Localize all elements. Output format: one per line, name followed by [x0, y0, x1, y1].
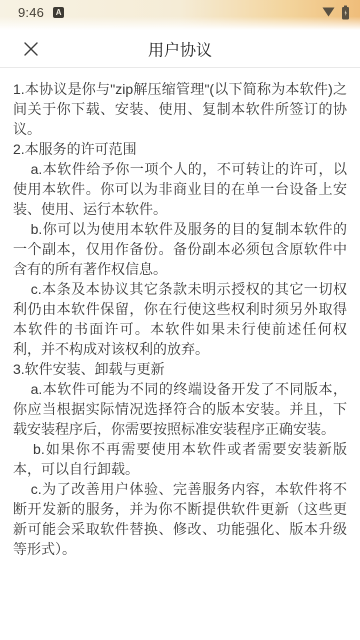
status-bar: 9:46 A [0, 0, 360, 30]
close-button[interactable] [19, 37, 43, 61]
status-time: 9:46 [18, 5, 44, 20]
agreement-paragraph: 3.软件安装、卸载与更新 [13, 359, 347, 379]
agreement-scroll-area[interactable]: 1.本协议是你与"zip解压缩管理"(以下简称为本软件)之间关于你下载、安装、使… [0, 68, 360, 640]
agreement-paragraph: c.本条及本协议其它条款未明示授权的其它一切权利仍由本软件保留，你在行使这些权利… [13, 279, 347, 359]
header: 用户协议 [0, 30, 360, 67]
wifi-icon [322, 7, 335, 17]
agreement-paragraph: c.为了改善用户体验、完善服务内容，本软件将不断开发新的服务，并为你不断提供软件… [13, 479, 347, 559]
close-icon [24, 42, 38, 56]
agreement-paragraph: a.本软件可能为不同的终端设备开发了不同版本，你应当根据实际情况选择符合的版本安… [13, 379, 347, 439]
agreement-paragraph: a.本软件给予你一项个人的，不可转让的许可，以使用本软件。你可以为非商业目的在单… [13, 159, 347, 219]
user-agreement-screen: 9:46 A 用户协议 1.本协议是你与"zip解压缩管理"(以下简称为本软件)… [0, 0, 360, 640]
agreement-paragraph: b.如果你不再需要使用本软件或者需要安装新版本，可以自行卸载。 [13, 439, 347, 479]
app-notification-badge: A [53, 7, 64, 18]
agreement-paragraph: b.你可以为使用本软件及服务的目的复制本软件的一个副本，仅用作备份。备份副本必须… [13, 219, 347, 279]
agreement-paragraph: 1.本协议是你与"zip解压缩管理"(以下简称为本软件)之间关于你下载、安装、使… [13, 79, 347, 139]
agreement-paragraph: 2.本服务的许可范围 [13, 139, 347, 159]
page-title: 用户协议 [148, 37, 212, 60]
battery-icon [341, 5, 350, 20]
